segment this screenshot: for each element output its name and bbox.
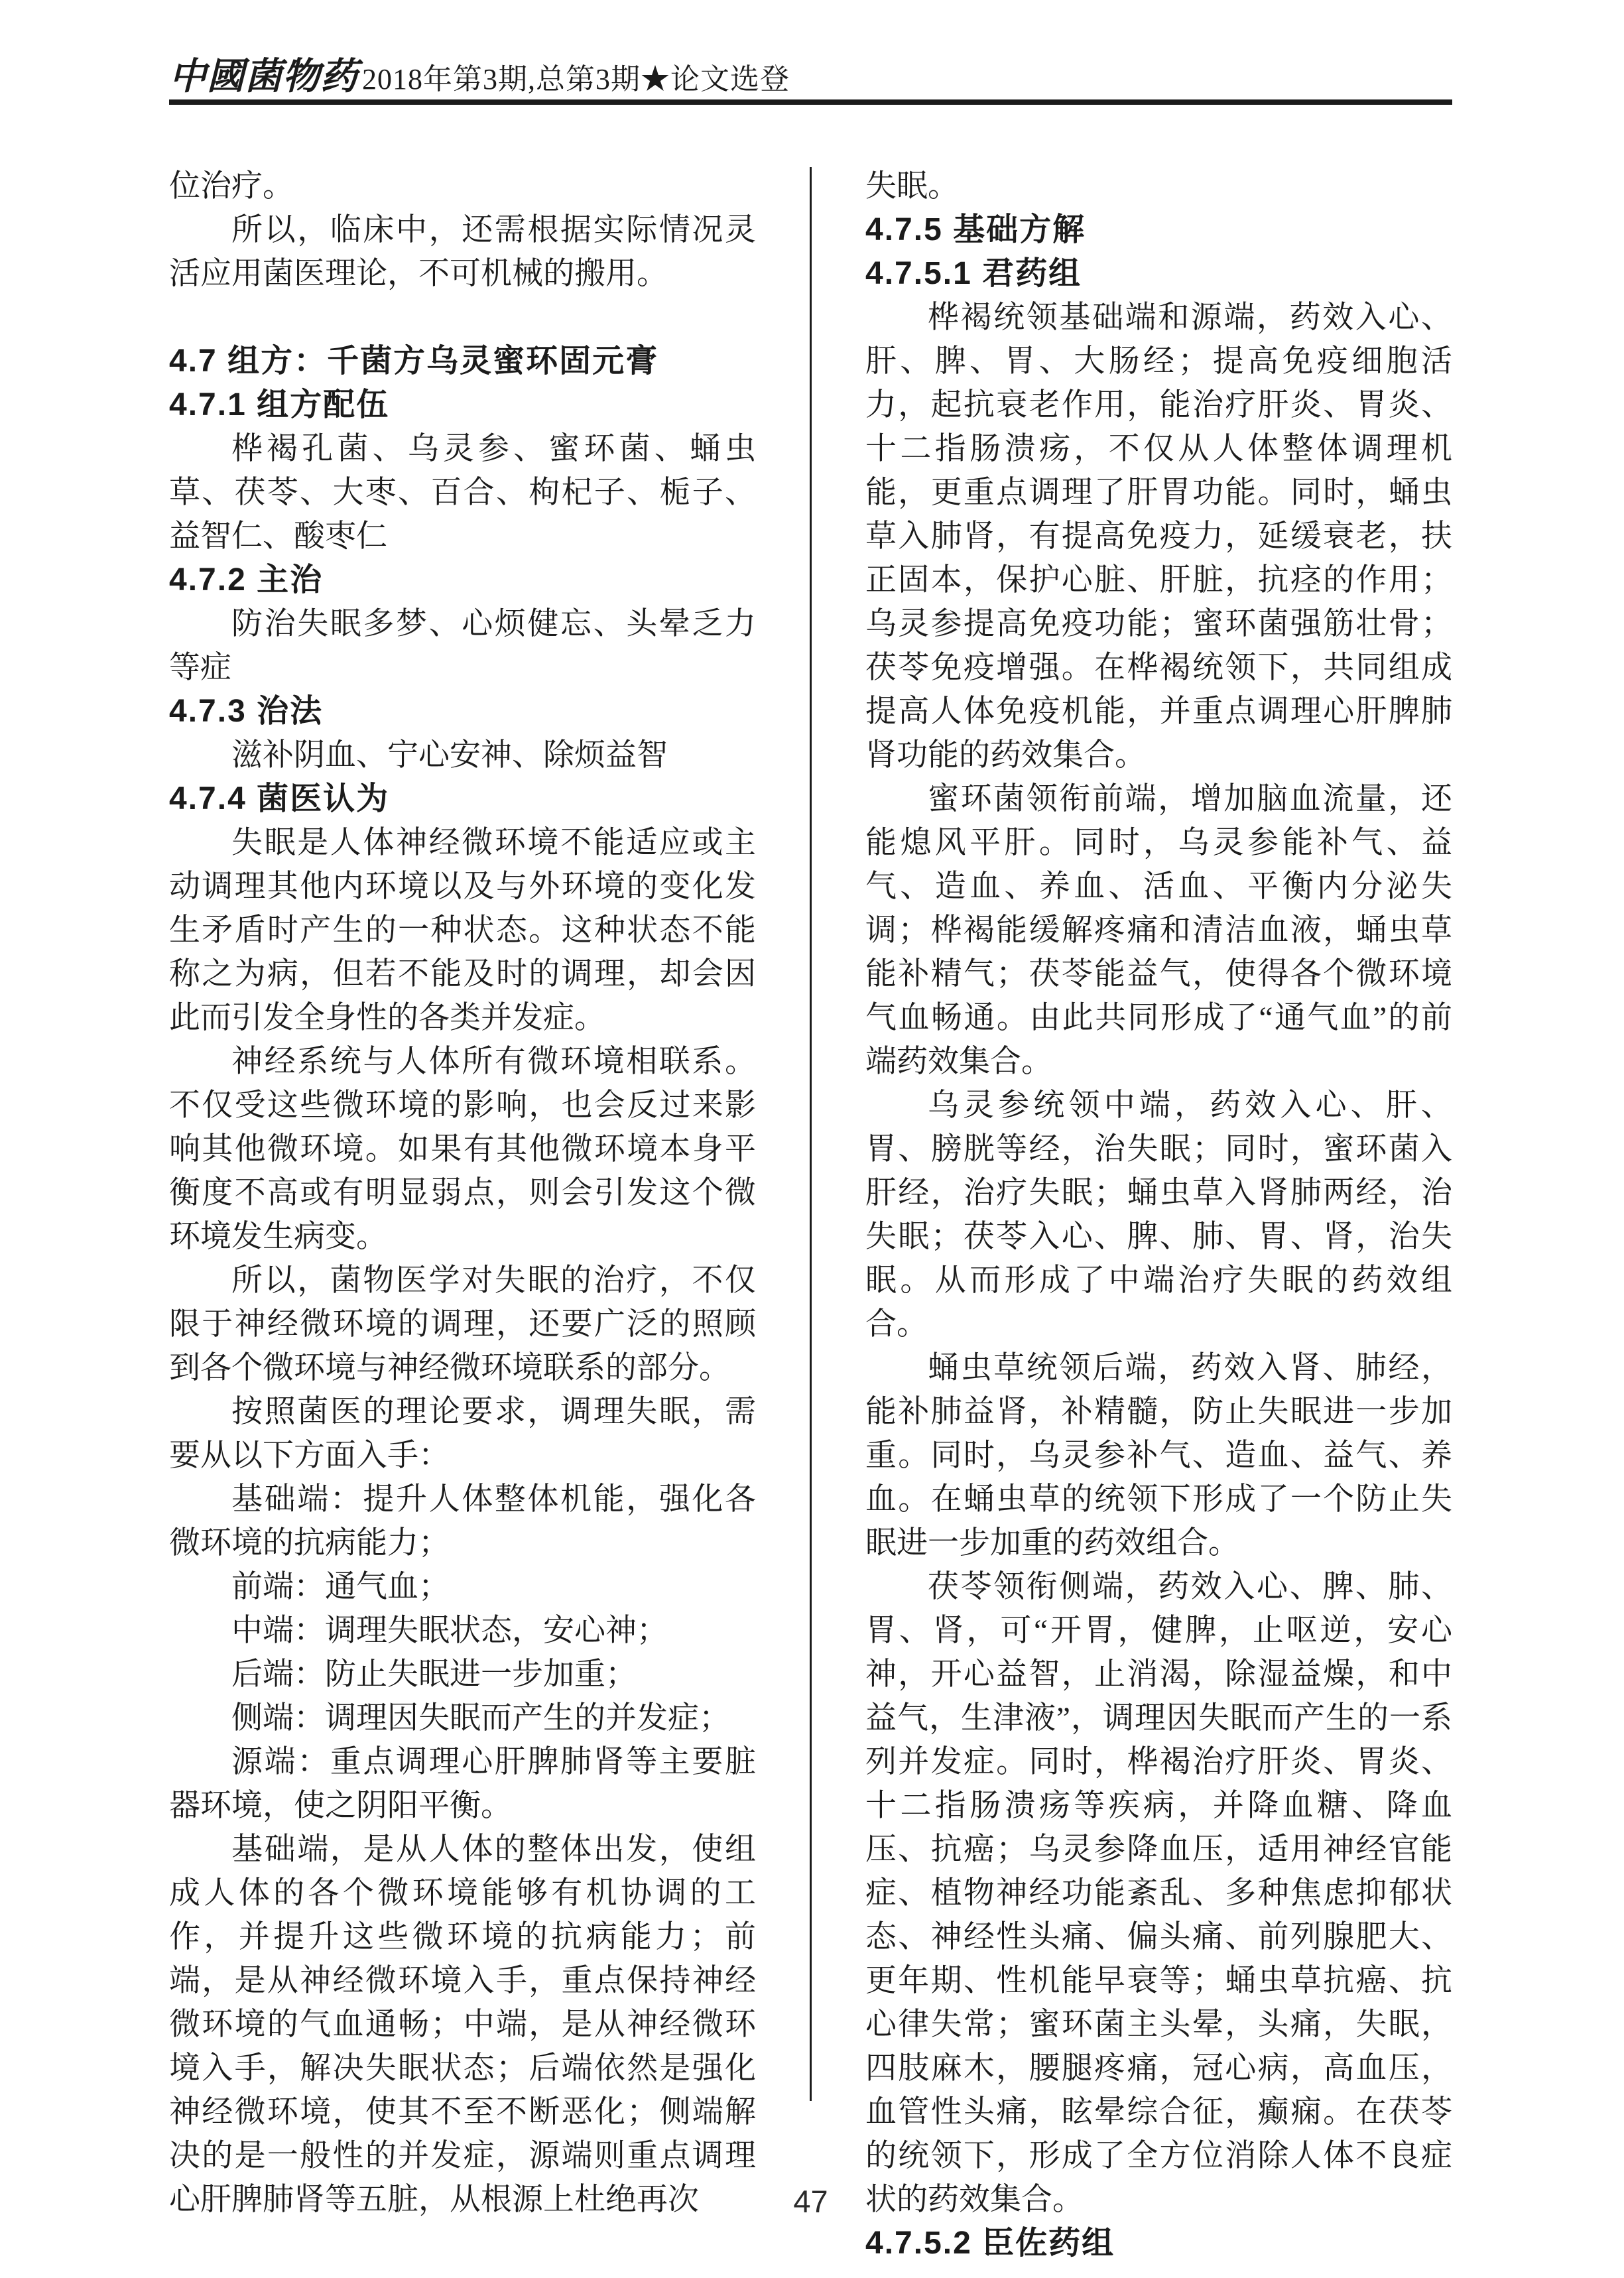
paragraph: 源端：重点调理心肝脾肺肾等主要脏器环境，使之阴阳平衡。 — [169, 1740, 756, 1828]
left-column: 位治疗。所以，临床中，还需根据实际情况灵活应用菌医理论，不可机械的搬用。4.7 … — [169, 164, 756, 2222]
issue-info: 2018年第3期,总第3期★论文选登 — [362, 60, 790, 99]
paragraph: 乌灵参统领中端，药效入心、肝、胃、膀胱等经，治失眠；同时，蜜环菌入肝经，治疗失眠… — [865, 1084, 1452, 1346]
journal-masthead: 中國菌物药2018年第3期,总第3期★论文选登 — [169, 57, 1452, 95]
section-heading: 4.7.4 菌医认为 — [169, 777, 756, 821]
paragraph: 蛹虫草统领后端，药效入肾、肺经，能补肺益肾，补精髓，防止失眠进一步加重。同时，乌… — [865, 1346, 1452, 1565]
right-column: 失眠。4.7.5 基础方解4.7.5.1 君药组桦褐统领基础端和源端，药效入心、… — [865, 164, 1452, 2265]
section-heading: 4.7 组方：千菌方乌灵蜜环固元膏 — [169, 340, 756, 383]
paragraph: 茯苓领衔侧端，药效入心、脾、肺、胃、肾，可“开胃，健脾，止呕逆，安心神，开心益智… — [865, 1565, 1452, 2222]
paragraph: 桦褐孔菌、乌灵参、蜜环菌、蛹虫草、茯苓、大枣、百合、枸杞子、栀子、益智仁、酸枣仁 — [169, 427, 756, 558]
header-rule — [169, 99, 1452, 105]
journal-brand-logo: 中國菌物药 — [169, 57, 358, 95]
paragraph: 侧端：调理因失眠而产生的并发症； — [169, 1696, 756, 1740]
paragraph: 按照菌医的理论要求，调理失眠，需要从以下方面入手： — [169, 1390, 756, 1478]
column-divider — [810, 167, 812, 2101]
section-heading: 4.7.3 治法 — [169, 690, 756, 733]
paragraph: 基础端，是从人体的整体出发，使组成人体的各个微环境能够有机协调的工作，并提升这些… — [169, 1828, 756, 2222]
page-number: 47 — [169, 2183, 1452, 2220]
section-heading: 4.7.5.1 君药组 — [865, 252, 1452, 296]
line-gap — [169, 296, 756, 340]
section-heading: 4.7.2 主治 — [169, 558, 756, 602]
section-heading: 4.7.5.2 臣佐药组 — [865, 2222, 1452, 2265]
paragraph: 失眠是人体神经微环境不能适应或主动调理其他内环境以及与外环境的变化发生矛盾时产生… — [169, 821, 756, 1040]
paragraph: 位治疗。 — [169, 164, 756, 208]
paragraph: 所以，菌物医学对失眠的治疗，不仅限于神经微环境的调理，还要广泛的照顾到各个微环境… — [169, 1259, 756, 1390]
paragraph: 神经系统与人体所有微环境相联系。不仅受这些微环境的影响，也会反过来影响其他微环境… — [169, 1040, 756, 1259]
journal-page: 中國菌物药2018年第3期,总第3期★论文选登 位治疗。所以，临床中，还需根据实… — [0, 0, 1624, 2278]
paragraph: 所以，临床中，还需根据实际情况灵活应用菌医理论，不可机械的搬用。 — [169, 208, 756, 296]
paragraph: 失眠。 — [865, 164, 1452, 208]
section-heading: 4.7.5 基础方解 — [865, 208, 1452, 252]
paragraph: 滋补阴血、宁心安神、除烦益智 — [169, 733, 756, 777]
paragraph: 蜜环菌领衔前端，增加脑血流量，还能熄风平肝。同时，乌灵参能补气、益气、造血、养血… — [865, 777, 1452, 1084]
section-heading: 4.7.1 组方配伍 — [169, 383, 756, 427]
paragraph: 中端：调理失眠状态，安心神； — [169, 1609, 756, 1653]
paragraph: 后端：防止失眠进一步加重； — [169, 1653, 756, 1696]
paragraph: 前端：通气血； — [169, 1565, 756, 1609]
paragraph: 防治失眠多梦、心烦健忘、头晕乏力等症 — [169, 602, 756, 690]
paragraph: 桦褐统领基础端和源端，药效入心、肝、脾、胃、大肠经；提高免疫细胞活力，起抗衰老作… — [865, 296, 1452, 777]
paragraph: 基础端：提升人体整体机能，强化各微环境的抗病能力； — [169, 1478, 756, 1565]
